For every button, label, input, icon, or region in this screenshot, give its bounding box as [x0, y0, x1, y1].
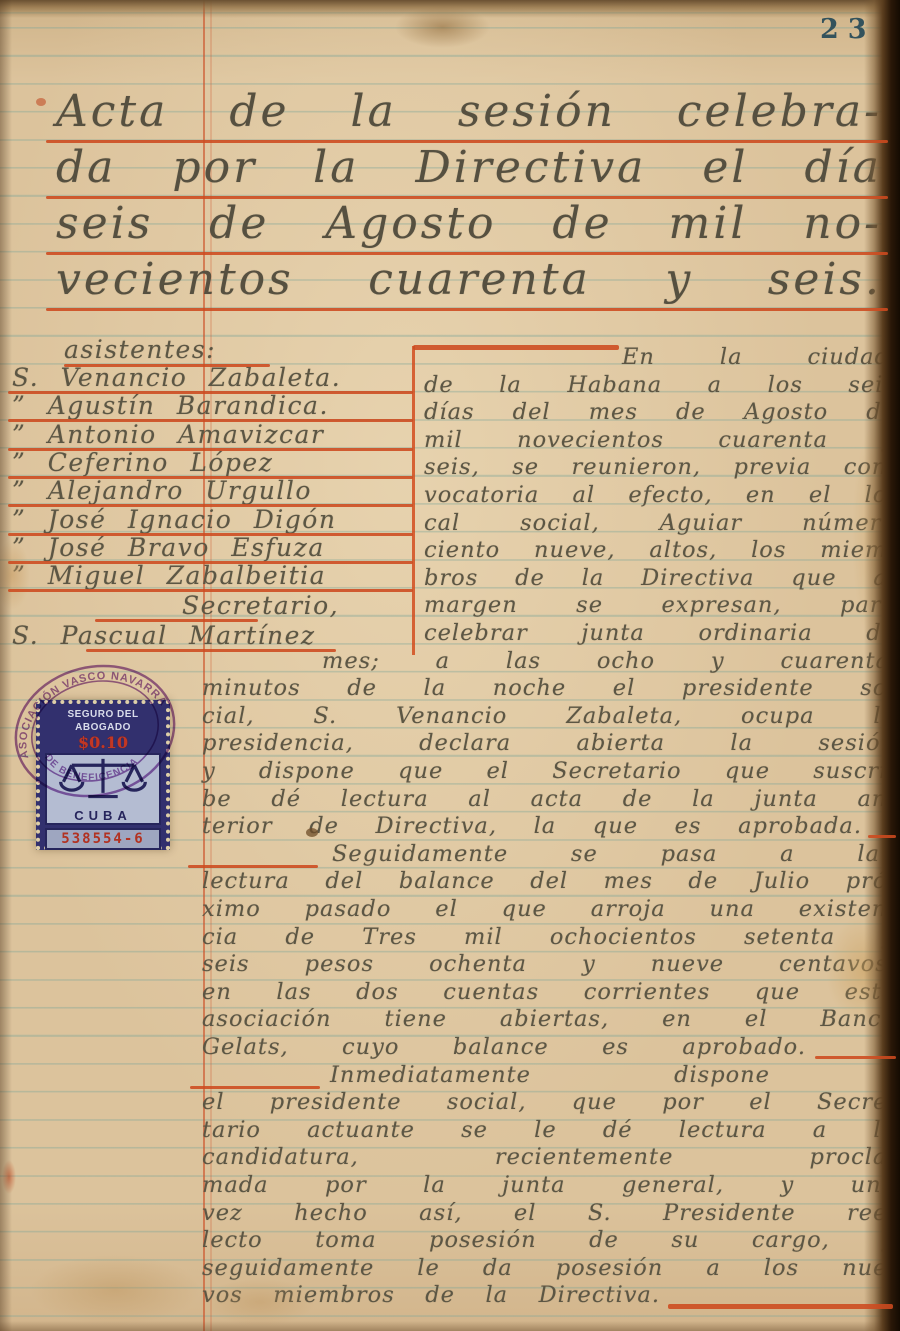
body-line: celebrar junta ordinaria de — [424, 620, 896, 647]
body-line: seis pesos ochenta y nueve centavos, — [202, 951, 896, 978]
attendee-name: ” Miguel Zabalbeitia — [12, 562, 326, 590]
body-line: margen se expresan, para — [424, 592, 896, 619]
page-top-edge — [0, 0, 900, 18]
end-of-paragraph-rule — [668, 1304, 893, 1309]
body-line: de la Habana a los seis — [424, 372, 896, 399]
attendee-underline — [64, 364, 270, 367]
page-left-edge — [0, 0, 12, 1331]
attendee-name: ” Agustín Barandica. — [12, 392, 329, 420]
revenue-stamp: SEGURO DEL ABOGADO $0.10 CUBA 538554-6 — [36, 700, 170, 850]
body-line: cia de Tres mil ochocientos setenta y — [202, 924, 896, 951]
attendee-underline — [8, 561, 413, 564]
body-line: días del mes de Agosto de — [424, 399, 896, 426]
book-binding-gutter — [864, 0, 900, 1331]
body-line: seguidamente le da posesión a los nue- — [202, 1255, 896, 1282]
paragraph-lead-rule — [190, 1086, 320, 1089]
stamp-serial-number: 538554-6 — [45, 828, 161, 850]
body-line: vocatoria al efecto, en el lo- — [424, 482, 896, 509]
body-line: minutos de la noche el presidente so- — [202, 675, 896, 702]
attendee-name: S. Pascual Martínez — [12, 622, 316, 650]
attendee-underline — [8, 589, 413, 592]
attendee-underline — [8, 504, 413, 507]
title-line: da por la Directiva el día — [56, 140, 882, 196]
body-line: cal social, Aguiar número — [424, 510, 896, 537]
body-line: y dispone que el Secretario que suscri- — [202, 758, 896, 785]
attendee-underline — [8, 391, 413, 394]
attendee-underline — [8, 448, 413, 451]
scales-of-justice-icon — [57, 756, 149, 804]
stamp-country: CUBA — [47, 808, 159, 823]
body-line: ximo pasado el que arroja una existen- — [202, 896, 896, 923]
stamp-vignette: CUBA — [45, 753, 161, 825]
title-underline — [46, 140, 888, 143]
body-line: be dé lectura al acta de la junta an- — [202, 786, 896, 813]
body-line: Inmediatamente dispone — [330, 1062, 770, 1089]
attendee-name: ” Alejandro Urgullo — [12, 477, 312, 505]
title-line: vecientos cuarenta y seis. — [56, 252, 882, 308]
attendee-underline — [8, 533, 413, 536]
page-bottom-edge — [0, 1321, 900, 1331]
end-of-paragraph-rule — [815, 1056, 896, 1059]
paragraph-bracket-rule — [413, 345, 619, 350]
title-underline — [46, 252, 888, 255]
body-line: el presidente social, que por el Secre- — [202, 1089, 896, 1116]
body-line: tario actuante se le dé lectura a la — [202, 1117, 896, 1144]
manuscript-page: 23 Acta de la sesión celebra-da por la D… — [0, 0, 900, 1331]
body-line: En la ciudad — [622, 344, 890, 371]
ink-blot — [306, 828, 318, 837]
body-line: mada por la junta general, y una — [202, 1172, 896, 1199]
attendee-name: Secretario, — [182, 592, 339, 620]
body-line: asociación tiene abiertas, en el Banco — [202, 1006, 896, 1033]
attendee-underline — [86, 649, 336, 652]
paragraph-lead-rule — [188, 865, 318, 868]
body-line: candidatura, recientemente procla- — [202, 1144, 896, 1171]
body-line: mil novecientos cuarenta y — [424, 427, 896, 454]
body-line: Gelats, cuyo balance es aprobado. — [202, 1034, 806, 1061]
red-speck — [36, 98, 46, 106]
title-underline — [46, 196, 888, 199]
stamp-value: $0.10 — [45, 734, 161, 751]
body-line: lecto toma posesión de su cargo, y — [202, 1227, 896, 1254]
stamp-title: SEGURO DEL ABOGADO — [45, 708, 161, 734]
body-line: lectura del balance del mes de Julio pró… — [202, 868, 896, 895]
attendee-name: ” José Bravo Esfuza — [12, 534, 325, 562]
body-line: seis, se reunieron, previa con- — [424, 454, 896, 481]
body-line: cial, S. Venancio Zabaleta, ocupa la — [202, 703, 896, 730]
attendee-name: ” Antonio Amavizcar — [12, 421, 324, 449]
body-line: bros de la Directiva que al — [424, 565, 896, 592]
body-line: presidencia, declara abierta la sesión — [202, 730, 896, 757]
body-line: ciento nueve, altos, los miem- — [424, 537, 896, 564]
fox-stain — [30, 1255, 200, 1325]
body-line: terior de Directiva, la que es aprobada. — [202, 813, 862, 840]
attendee-underline — [8, 476, 413, 479]
attendee-name: ” Ceferino López — [12, 449, 273, 477]
title-line: seis de Agosto de mil no- — [56, 196, 882, 252]
attendee-name: ” José Ignacio Digón — [12, 506, 336, 534]
body-line: mes; a las ocho y cuarenta — [322, 648, 890, 675]
attendees-heading: asistentes: — [64, 336, 274, 364]
body-line: en las dos cuentas corrientes que esta — [202, 979, 896, 1006]
attendee-name: S. Venancio Zabaleta. — [12, 364, 341, 392]
body-line: vez hecho así, el S. Presidente ree- — [202, 1200, 896, 1227]
fox-stain — [205, 1278, 315, 1326]
title-underline — [46, 308, 888, 311]
body-line: Seguidamente se pasa a la — [332, 841, 880, 868]
attendee-underline — [8, 419, 413, 422]
title-line: Acta de la sesión celebra- — [56, 84, 882, 140]
attendee-underline — [95, 619, 258, 622]
end-of-paragraph-rule — [868, 835, 896, 838]
